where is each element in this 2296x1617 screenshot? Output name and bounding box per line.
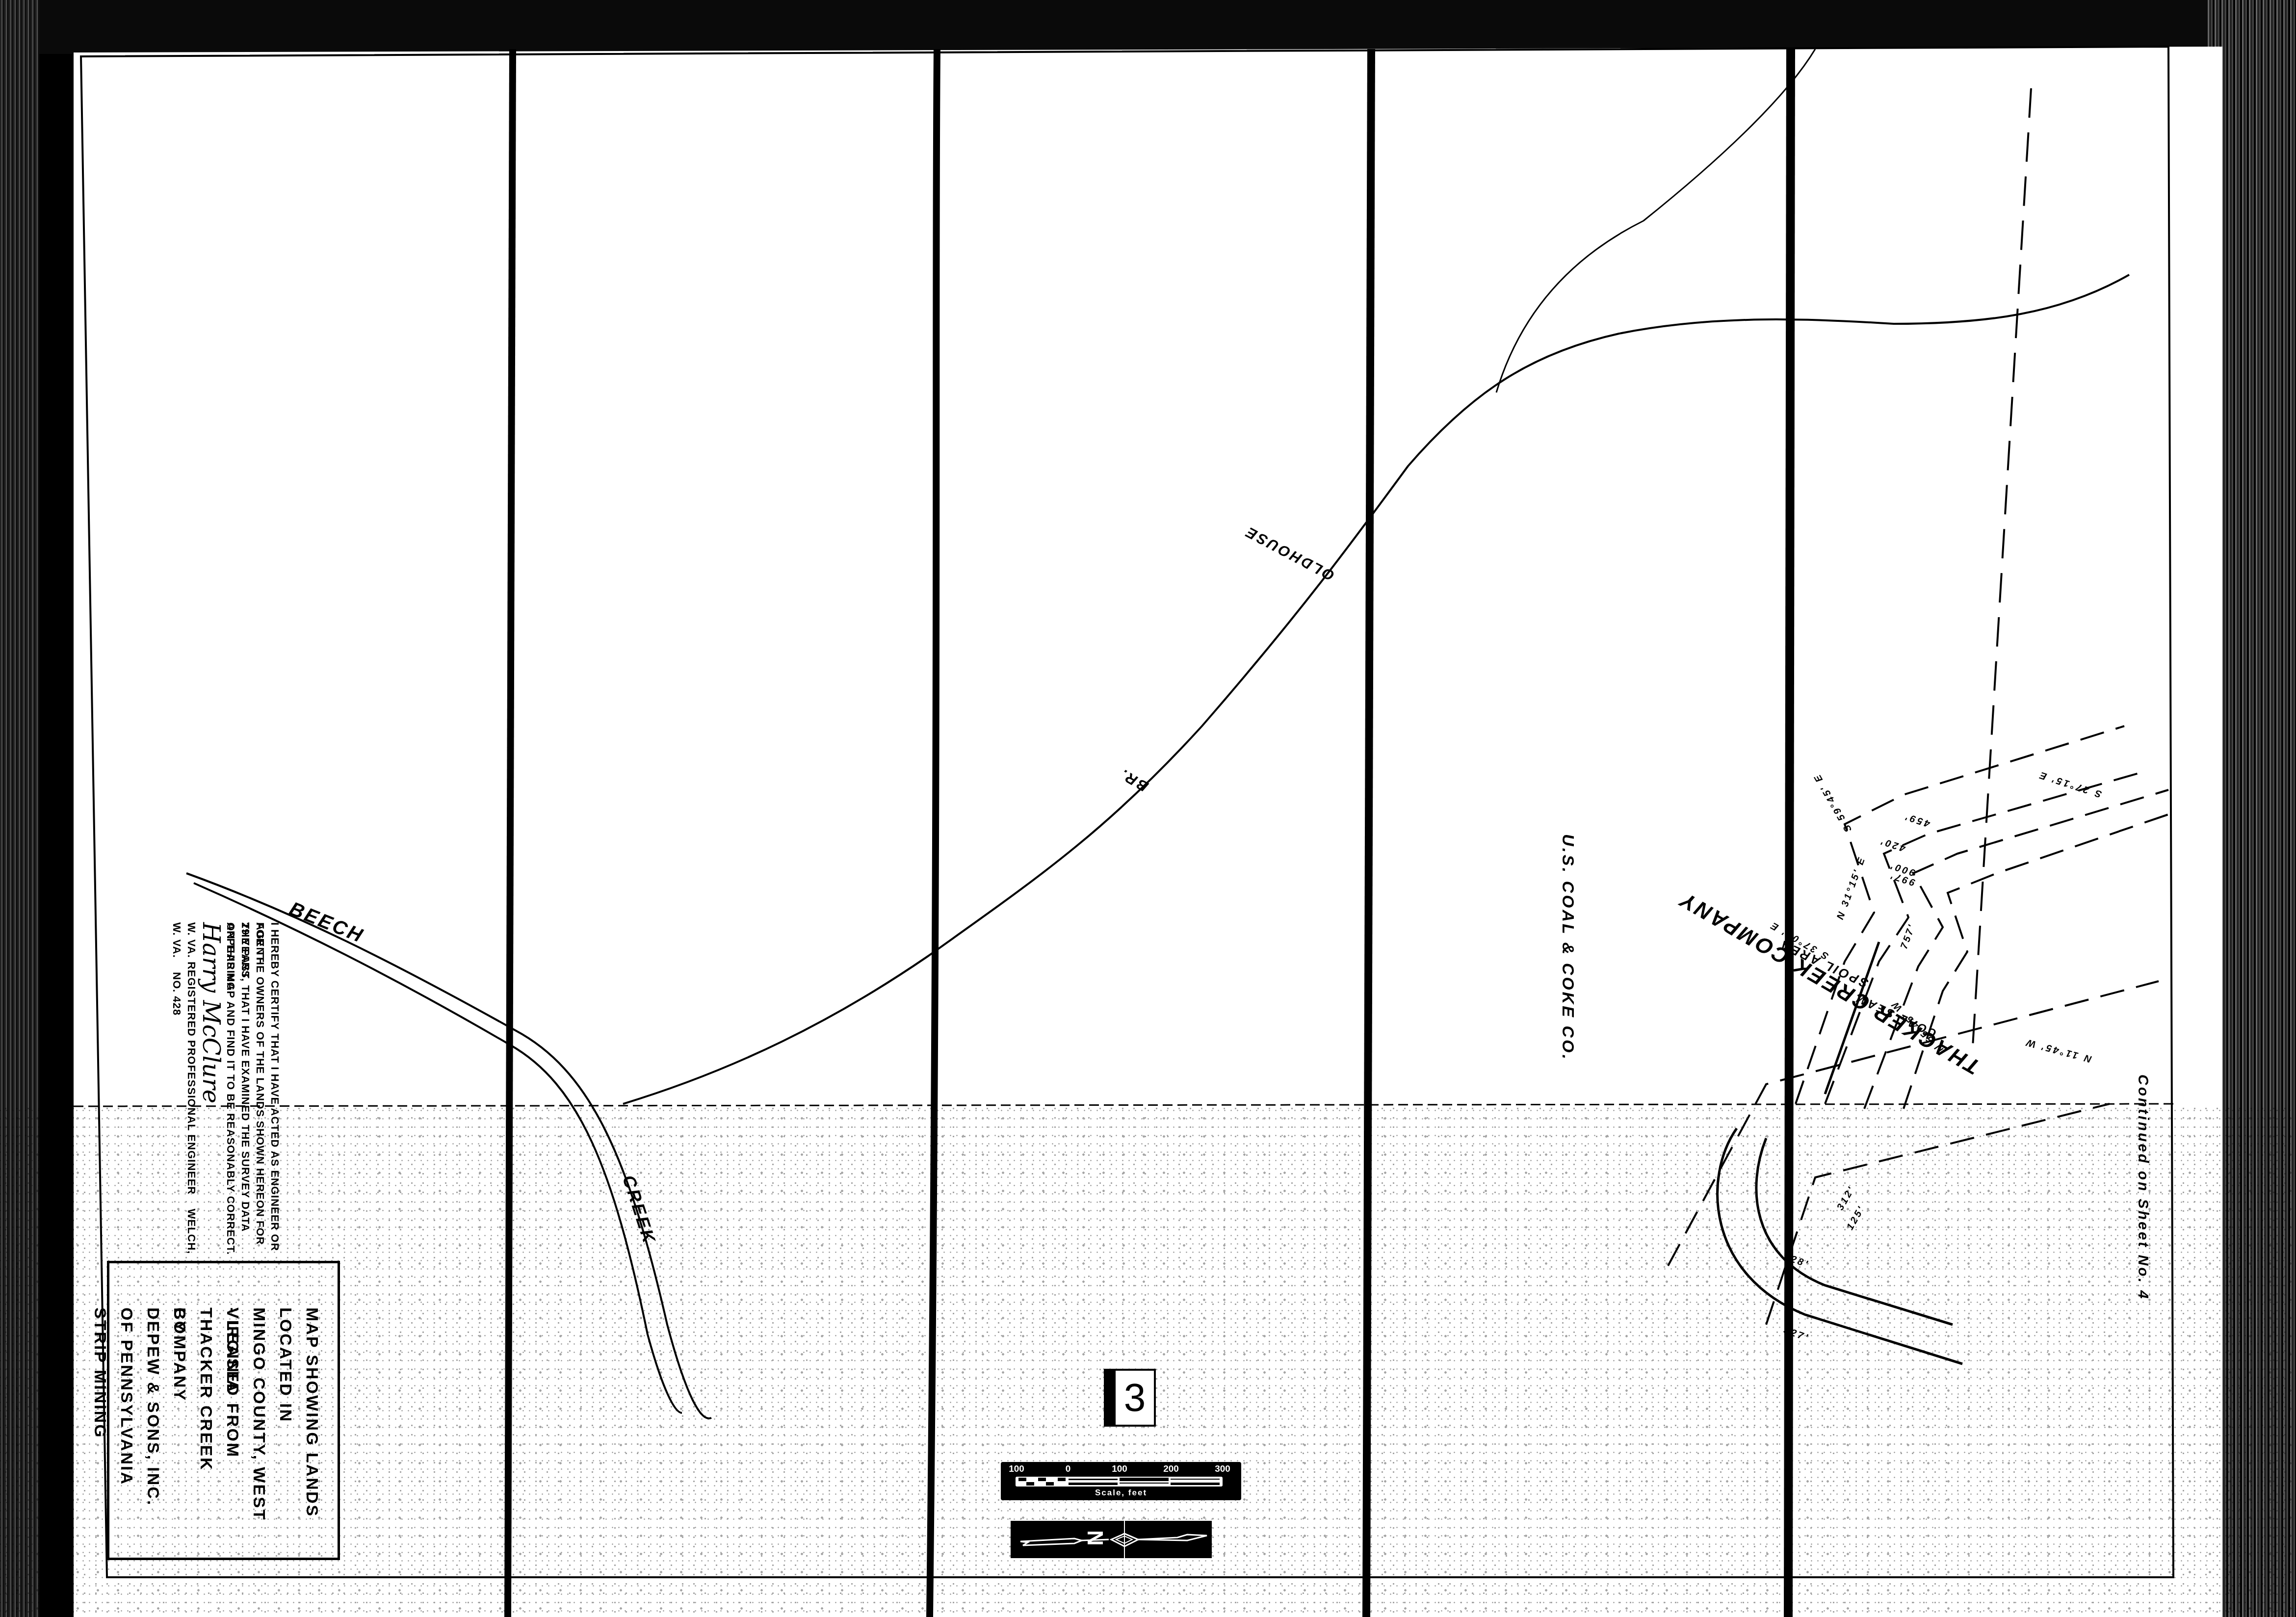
cert-line: ON THIS MAP AND FIND IT TO BE REASONABLY… xyxy=(223,922,238,1266)
cert-line: 29 YEARS, THAT I HAVE EXAMINED THE SURVE… xyxy=(238,922,253,1266)
scale-graduation xyxy=(1016,1477,1223,1487)
scale-tick: 100 xyxy=(1112,1464,1127,1475)
label-continued: Continued on Sheet No. 4 xyxy=(2135,1074,2151,1301)
scale-tick: 0 xyxy=(1066,1464,1071,1475)
sheet-number-badge: 3 xyxy=(1114,1369,1156,1427)
title-line: THACKER CREEK COMPANY xyxy=(193,1307,219,1563)
cert-line: I HEREBY CERTIFY THAT I HAVE ACTED AS EN… xyxy=(267,922,282,1266)
title-line: OF PENNSYLVANIA xyxy=(113,1307,140,1563)
oldhouse-branch xyxy=(623,275,2129,1104)
license-number: NO. 428 xyxy=(171,972,183,1016)
scale-caption: Scale, feet xyxy=(1001,1488,1241,1498)
strip-pit-outline xyxy=(1718,942,1962,1364)
title-line: - LEASED FROM xyxy=(219,1307,246,1563)
property-line xyxy=(1972,88,2031,1055)
scale-tick: 200 xyxy=(1163,1464,1179,1475)
label-us-coal-coke: U.S. COAL & COKE CO. xyxy=(1558,834,1577,1061)
neat-line xyxy=(81,47,2173,1577)
title-line: LOCATED IN xyxy=(272,1307,299,1563)
cert-line: FOR THE OWNERS OF THE LANDS SHOWN HEREON… xyxy=(253,922,267,1266)
scale-tick: 100 xyxy=(1009,1464,1024,1475)
scale-bar: 100 0 100 200 300 Scale, feet xyxy=(1001,1462,1241,1500)
compass-needle-icon xyxy=(1011,1521,1212,1558)
title-block: MAP SHOWING LANDS LOCATED IN MINGO COUNT… xyxy=(107,1261,340,1560)
title-line: MAP SHOWING LANDS xyxy=(299,1307,325,1563)
signer-title: W. VA. REGISTERED PROFESSIONAL ENGINEER xyxy=(185,922,198,1195)
engineer-signature: Harry McClure xyxy=(199,922,223,1266)
tributary xyxy=(1496,49,1815,392)
title-line: MINGO COUNTY, WEST VIRGINIA xyxy=(246,1307,272,1563)
scale-tick: 300 xyxy=(1215,1464,1230,1475)
title-line: STRIP MINING xyxy=(87,1307,113,1563)
engineer-certification: I HEREBY CERTIFY THAT I HAVE ACTED AS EN… xyxy=(184,922,282,1266)
north-arrow: N xyxy=(1011,1521,1212,1558)
north-label: N xyxy=(1082,1530,1107,1546)
title-line: DEPEW & SONS, INC. xyxy=(140,1307,166,1563)
